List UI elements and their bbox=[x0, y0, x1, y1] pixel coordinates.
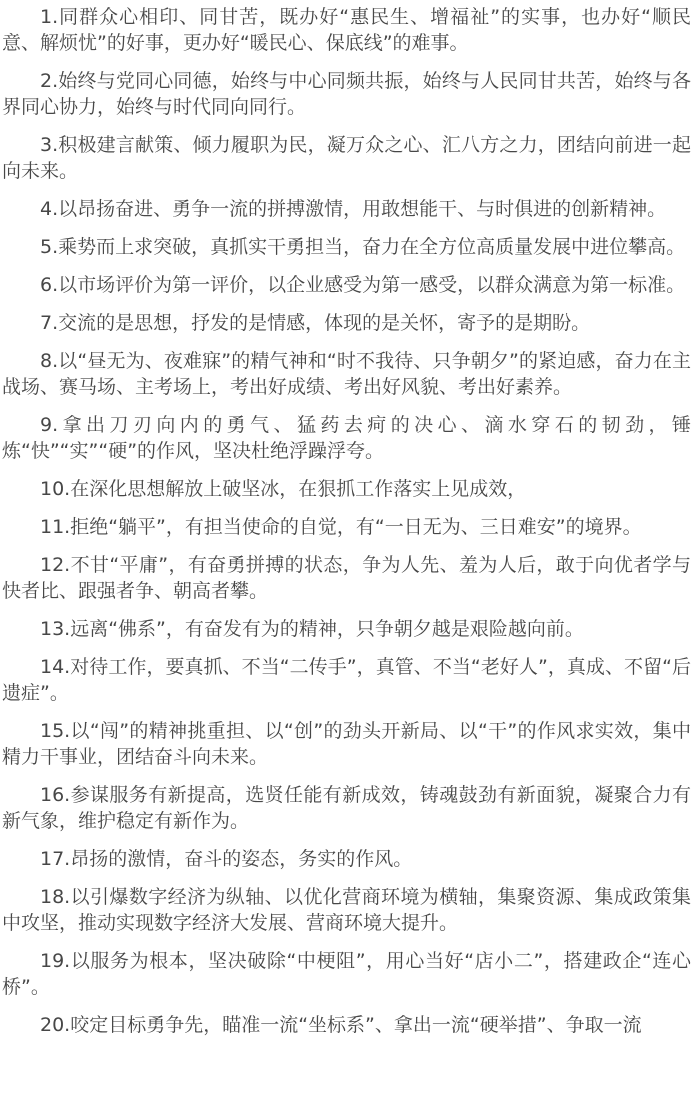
paragraph-12: 12.不甘“平庸”，有奋勇拼搏的状态，争为人先、羞为人后，敢于向优者学与快者比、… bbox=[2, 552, 691, 604]
paragraph-8: 8.以“昼无为、夜难寐”的精气神和“时不我待、只争朝夕”的紧迫感，奋力在主战场、… bbox=[2, 348, 691, 400]
paragraph-2: 2.始终与党同心同德，始终与中心同频共振，始终与人民同甘共苦，始终与各界同心协力… bbox=[2, 68, 691, 120]
paragraph-10: 10.在深化思想解放上破坚冰，在狠抓工作落实上见成效， bbox=[2, 476, 691, 502]
paragraph-6: 6.以市场评价为第一评价，以企业感受为第一感受，以群众满意为第一标准。 bbox=[2, 272, 691, 298]
paragraph-15: 15.以“闯”的精神挑重担、以“创”的劲头开新局、以“干”的作风求实效，集中精力… bbox=[2, 718, 691, 770]
paragraph-16: 16.参谋服务有新提高，选贤任能有新成效，铸魂鼓劲有新面貌，凝聚合力有新气象，维… bbox=[2, 782, 691, 834]
paragraph-17: 17.昂扬的激情，奋斗的姿态，务实的作风。 bbox=[2, 846, 691, 872]
paragraph-18: 18.以引爆数字经济为纵轴、以优化营商环境为横轴，集聚资源、集成政策集中攻坚，推… bbox=[2, 884, 691, 936]
paragraph-7: 7.交流的是思想，抒发的是情感，体现的是关怀，寄予的是期盼。 bbox=[2, 310, 691, 336]
document-page: 1.同群众心相印、同甘苦，既办好“惠民生、增福祉”的实事，也办好“顺民意、解烦忧… bbox=[0, 0, 693, 1097]
paragraph-1: 1.同群众心相印、同甘苦，既办好“惠民生、增福祉”的实事，也办好“顺民意、解烦忧… bbox=[2, 4, 691, 56]
paragraph-4: 4.以昂扬奋进、勇争一流的拼搏激情，用敢想能干、与时俱进的创新精神。 bbox=[2, 196, 691, 222]
paragraph-9: 9.拿出刀刃向内的勇气、猛药去疴的决心、滴水穿石的韧劲，锤炼“快”“实”“硬”的… bbox=[2, 412, 691, 464]
paragraph-19: 19.以服务为根本，坚决破除“中梗阻”，用心当好“店小二”，搭建政企“连心桥”。 bbox=[2, 948, 691, 1000]
paragraph-20: 20.咬定目标勇争先，瞄准一流“坐标系”、拿出一流“硬举措”、争取一流 bbox=[2, 1012, 691, 1038]
paragraph-5: 5.乘势而上求突破，真抓实干勇担当，奋力在全方位高质量发展中进位攀高。 bbox=[2, 234, 691, 260]
paragraph-3: 3.积极建言献策、倾力履职为民，凝万众之心、汇八方之力，团结向前进一起向未来。 bbox=[2, 132, 691, 184]
paragraph-14: 14.对待工作，要真抓、不当“二传手”，真管、不当“老好人”，真成、不留“后遗症… bbox=[2, 654, 691, 706]
paragraph-13: 13.远离“佛系”，有奋发有为的精神，只争朝夕越是艰险越向前。 bbox=[2, 616, 691, 642]
paragraph-11: 11.拒绝“躺平”，有担当使命的自觉，有“一日无为、三日难安”的境界。 bbox=[2, 514, 691, 540]
